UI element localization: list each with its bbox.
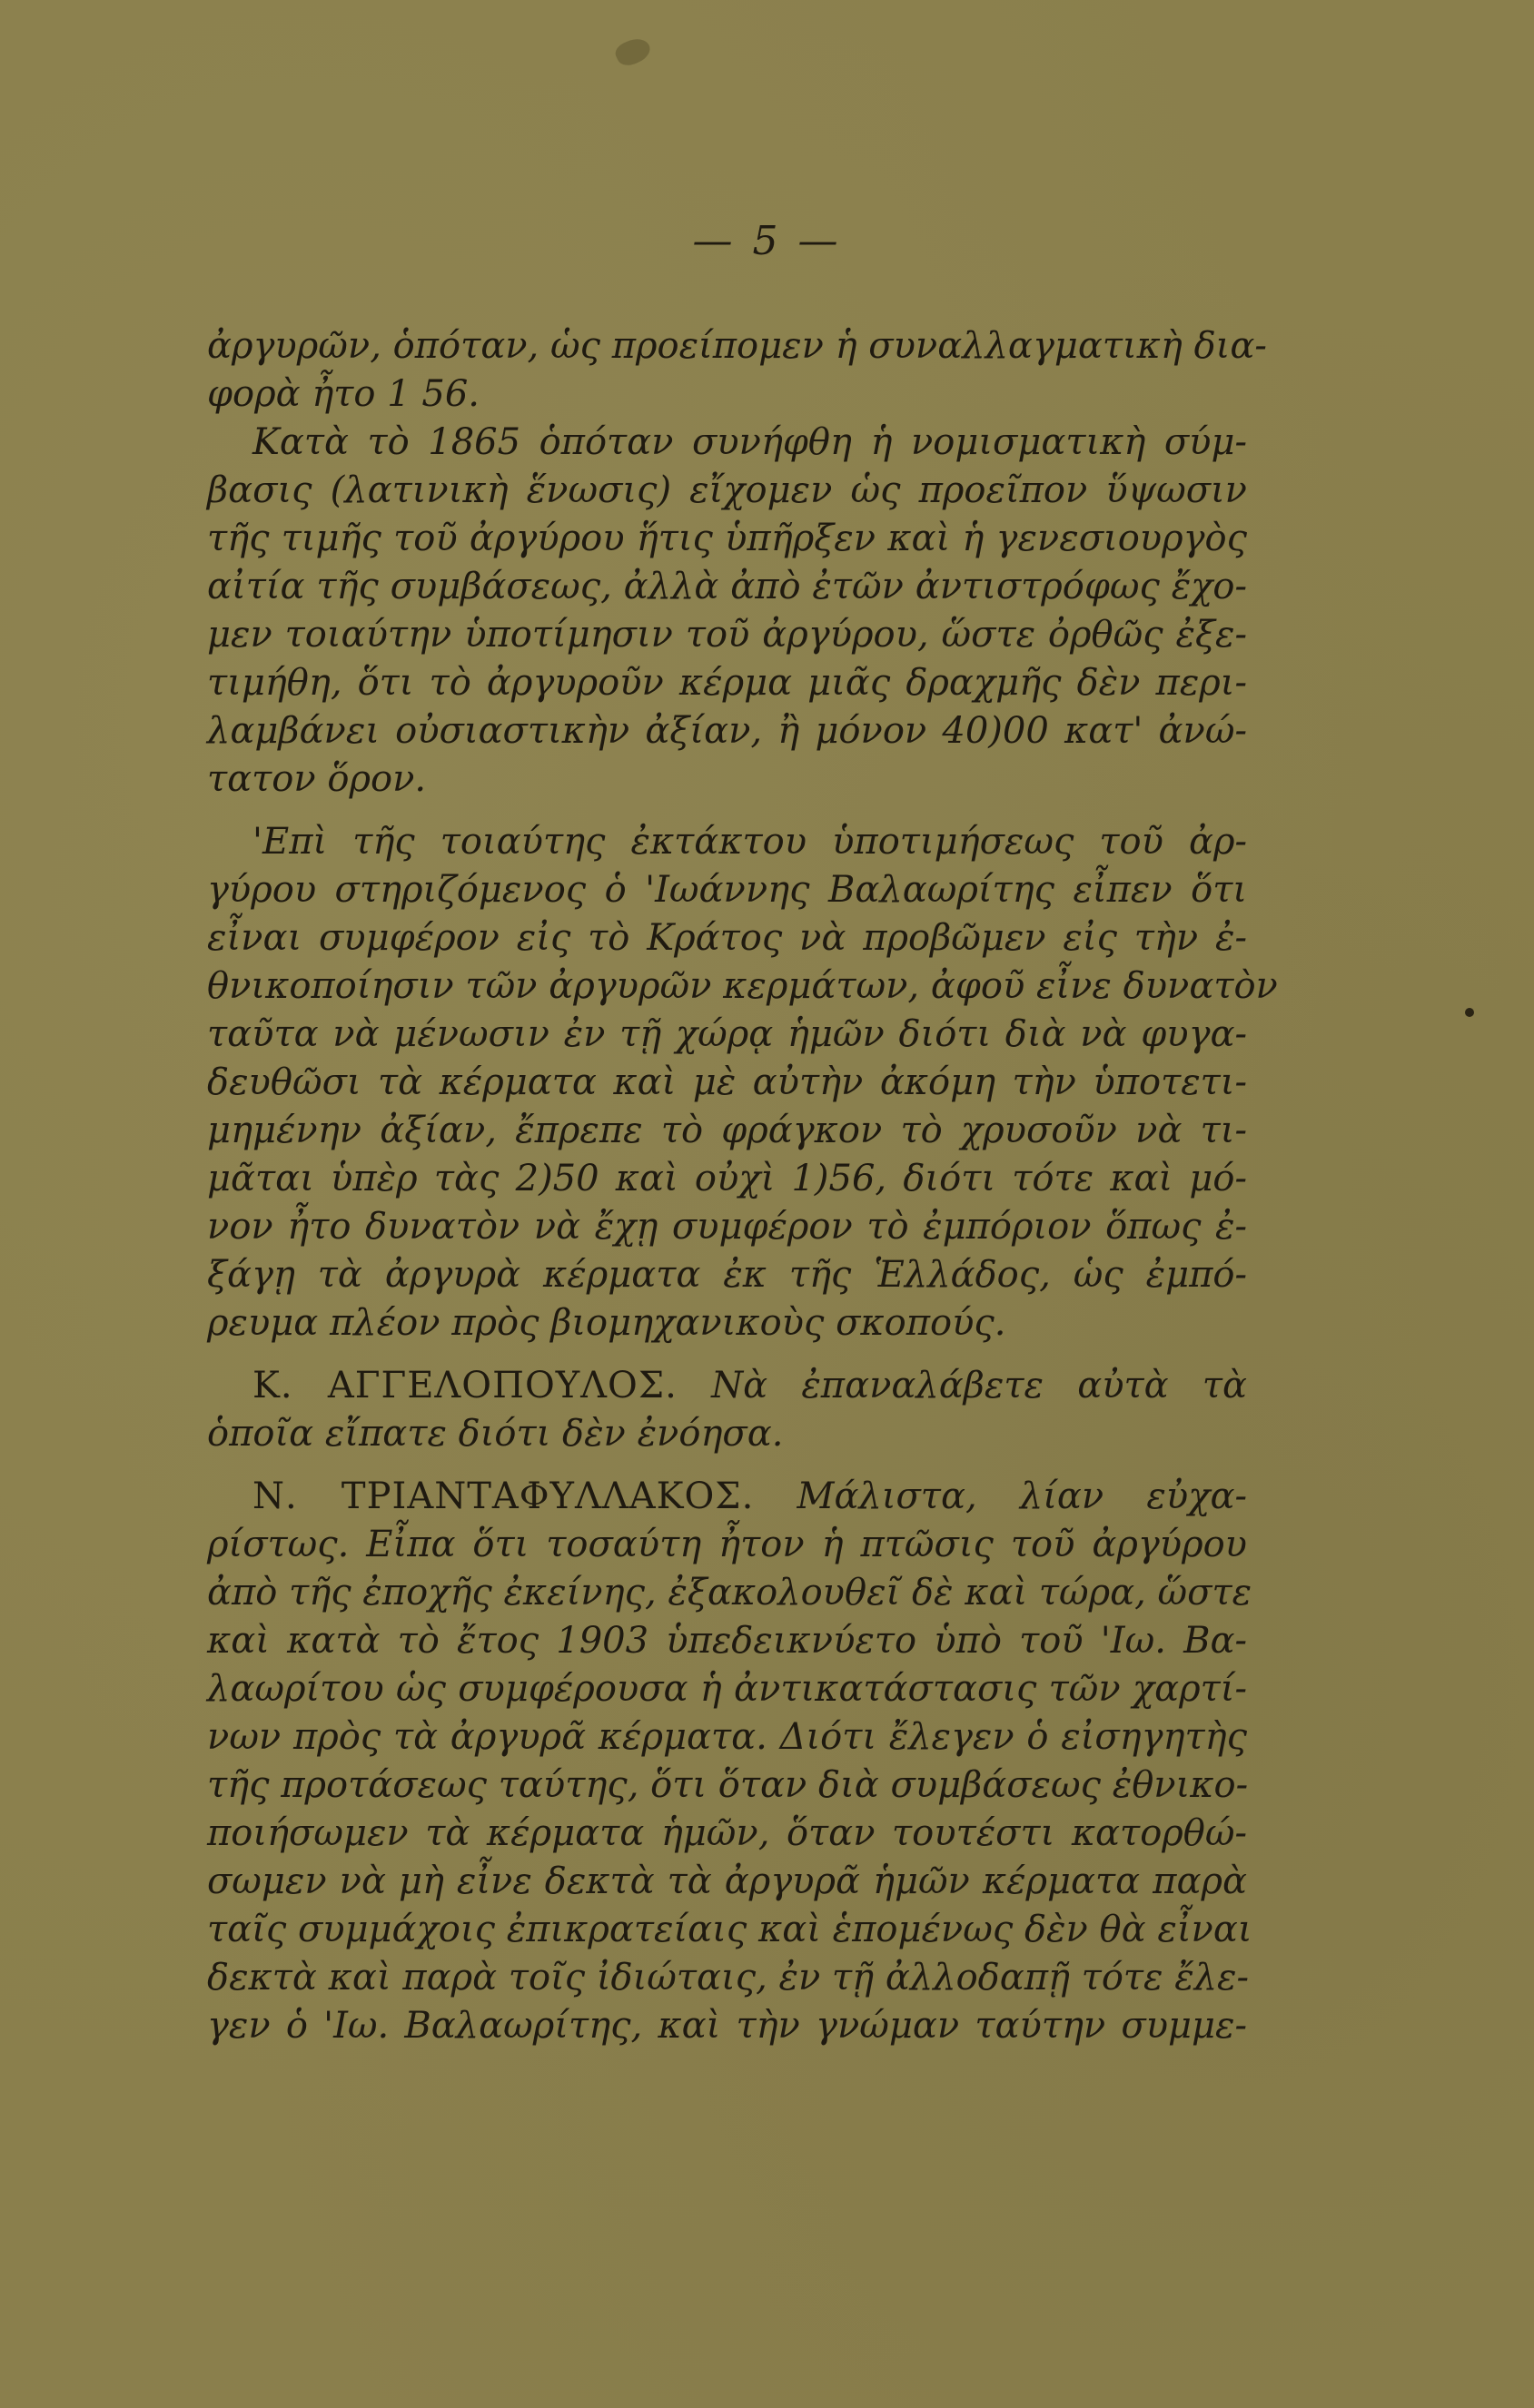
text-line: ἀργυρῶν, ὁπόταν, ὡς προείπομεν ἡ συναλλα…	[207, 322, 1247, 370]
text-line: εἶναι συμφέρον εἰς τὸ Κράτος νὰ προβῶμεν…	[207, 914, 1247, 962]
text-line: νον ἦτο δυνατὸν νὰ ἔχῃ συμφέρον τὸ ἐμπόρ…	[207, 1203, 1247, 1251]
text-line: ξάγῃ τὰ ἀργυρὰ κέρματα ἐκ τῆς Ἑλλάδος, ὡ…	[207, 1251, 1247, 1299]
text-line: φορὰ ἦτο 1 56.	[207, 370, 1247, 419]
text-line: θνικοποίησιν τῶν ἀργυρῶν κερμάτων, ἀφοῦ …	[207, 962, 1247, 1011]
text-line: Κ. ΑΓΓΕΛΟΠΟΥΛΟΣ. Νὰ ἐπαναλάβετε αὐτὰ τὰ	[207, 1362, 1247, 1410]
text-line: μημένην ἀξίαν, ἔπρεπε τὸ φράγκον τὸ χρυσ…	[207, 1107, 1247, 1155]
text-line: γεν ὁ 'Ιω. Βαλαωρίτης, καὶ τὴν γνώμαν τα…	[207, 2002, 1247, 2050]
text-line: τῆς τιμῆς τοῦ ἀργύρου ἥτις ὑπῆρξεν καὶ ἡ…	[207, 515, 1247, 563]
text-line: δευθῶσι τὰ κέρματα καὶ μὲ αὐτὴν ἀκόμη τὴ…	[207, 1059, 1247, 1107]
document-page: — 5 — ἀργυρῶν, ὁπόταν, ὡς προείπομεν ἡ σ…	[0, 0, 1534, 2408]
dialogue-entry: Ν. ΤΡΙΑΝΤΑΦΥΛΛΑΚΟΣ. Μάλιστα, λίαν εὐχα- …	[207, 1473, 1247, 2050]
paragraph: 'Επὶ τῆς τοιαύτης ἐκτάκτου ὑποτιμήσεως τ…	[207, 818, 1247, 1347]
dialogue-entry: Κ. ΑΓΓΕΛΟΠΟΥΛΟΣ. Νὰ ἐπαναλάβετε αὐτὰ τὰ …	[207, 1362, 1247, 1458]
text-line: γύρου στηριζόμενος ὁ 'Ιωάννης Βαλαωρίτης…	[207, 866, 1247, 914]
text-line: μεν τοιαύτην ὑποτίμησιν τοῦ ἀργύρου, ὥστ…	[207, 611, 1247, 659]
text-line: Κατὰ τὸ 1865 ὁπόταν συνήφθη ἡ νομισματικ…	[207, 419, 1247, 467]
text-line: μᾶται ὑπὲρ τὰς 2)50 καὶ οὐχὶ 1)56, διότι…	[207, 1155, 1247, 1203]
paragraph: Κατὰ τὸ 1865 ὁπόταν συνήφθη ἡ νομισματικ…	[207, 419, 1247, 804]
text-line: τατον ὅρον.	[207, 755, 1247, 804]
text-line: ταῖς συμμάχοις ἐπικρατείαις καὶ ἑπομένως…	[207, 1906, 1247, 1954]
text-line: ὁποῖα εἴπατε διότι δὲν ἐνόησα.	[207, 1410, 1247, 1458]
speaker-name: Ν. ΤΡΙΑΝΤΑΦΥΛΛΑΚΟΣ.	[252, 1475, 754, 1517]
text-line: τιμήθη, ὅτι τὸ ἀργυροῦν κέρμα μιᾶς δραχμ…	[207, 659, 1247, 707]
text-line: αἰτία τῆς συμβάσεως, ἀλλὰ ἀπὸ ἐτῶν ἀντισ…	[207, 563, 1247, 611]
text-line: ἀπὸ τῆς ἐποχῆς ἐκείνης, ἐξακολουθεῖ δὲ κ…	[207, 1569, 1247, 1617]
text-line: δεκτὰ καὶ παρὰ τοῖς ἰδιώταις, ἐν τῇ ἀλλο…	[207, 1954, 1247, 2002]
text-line: ποιήσωμεν τὰ κέρματα ἡμῶν, ὅταν τουτέστι…	[207, 1810, 1247, 1858]
text-line: νων πρὸς τὰ ἀργυρᾶ κέρματα. Διότι ἔλεγεν…	[207, 1713, 1247, 1762]
text-line: λαωρίτου ὡς συμφέρουσα ἡ ἀντικατάστασις …	[207, 1665, 1247, 1713]
text-line: σωμεν νὰ μὴ εἶνε δεκτὰ τὰ ἀργυρᾶ ἡμῶν κέ…	[207, 1858, 1247, 1906]
text-line: τῆς προτάσεως ταύτης, ὅτι ὅταν διὰ συμβά…	[207, 1762, 1247, 1810]
text-line: ταῦτα νὰ μένωσιν ἐν τῇ χώρᾳ ἡμῶν διότι δ…	[207, 1011, 1247, 1059]
body-text: ἀργυρῶν, ὁπόταν, ὡς προείπομεν ἡ συναλλα…	[207, 322, 1247, 2050]
page-number: — 5 —	[0, 218, 1534, 264]
speaker-name: Κ. ΑΓΓΕΛΟΠΟΥΛΟΣ.	[252, 1365, 678, 1406]
text-line: βασις (λατινικὴ ἕνωσις) εἴχομεν ὡς προεῖ…	[207, 467, 1247, 515]
text-line: ρευμα πλέον πρὸς βιομηχανικοὺς σκοπούς.	[207, 1299, 1247, 1347]
speech-text: Νὰ ἐπαναλάβετε αὐτὰ τὰ	[711, 1365, 1247, 1406]
text-line: ρίστως. Εἶπα ὅτι τοσαύτη ἦτον ἡ πτῶσις τ…	[207, 1521, 1247, 1569]
paragraph: ἀργυρῶν, ὁπόταν, ὡς προείπομεν ἡ συναλλα…	[207, 322, 1247, 419]
ink-speck	[1465, 1008, 1474, 1017]
ink-smudge	[612, 34, 653, 70]
text-line: 'Επὶ τῆς τοιαύτης ἐκτάκτου ὑποτιμήσεως τ…	[207, 818, 1247, 866]
text-line: Ν. ΤΡΙΑΝΤΑΦΥΛΛΑΚΟΣ. Μάλιστα, λίαν εὐχα-	[207, 1473, 1247, 1521]
text-line: λαμβάνει οὐσιαστικὴν ἀξίαν, ἢ μόνον 40)0…	[207, 707, 1247, 755]
speech-text: Μάλιστα, λίαν εὐχα-	[797, 1475, 1247, 1517]
text-line: καὶ κατὰ τὸ ἔτος 1903 ὑπεδεικνύετο ὑπὸ τ…	[207, 1617, 1247, 1665]
